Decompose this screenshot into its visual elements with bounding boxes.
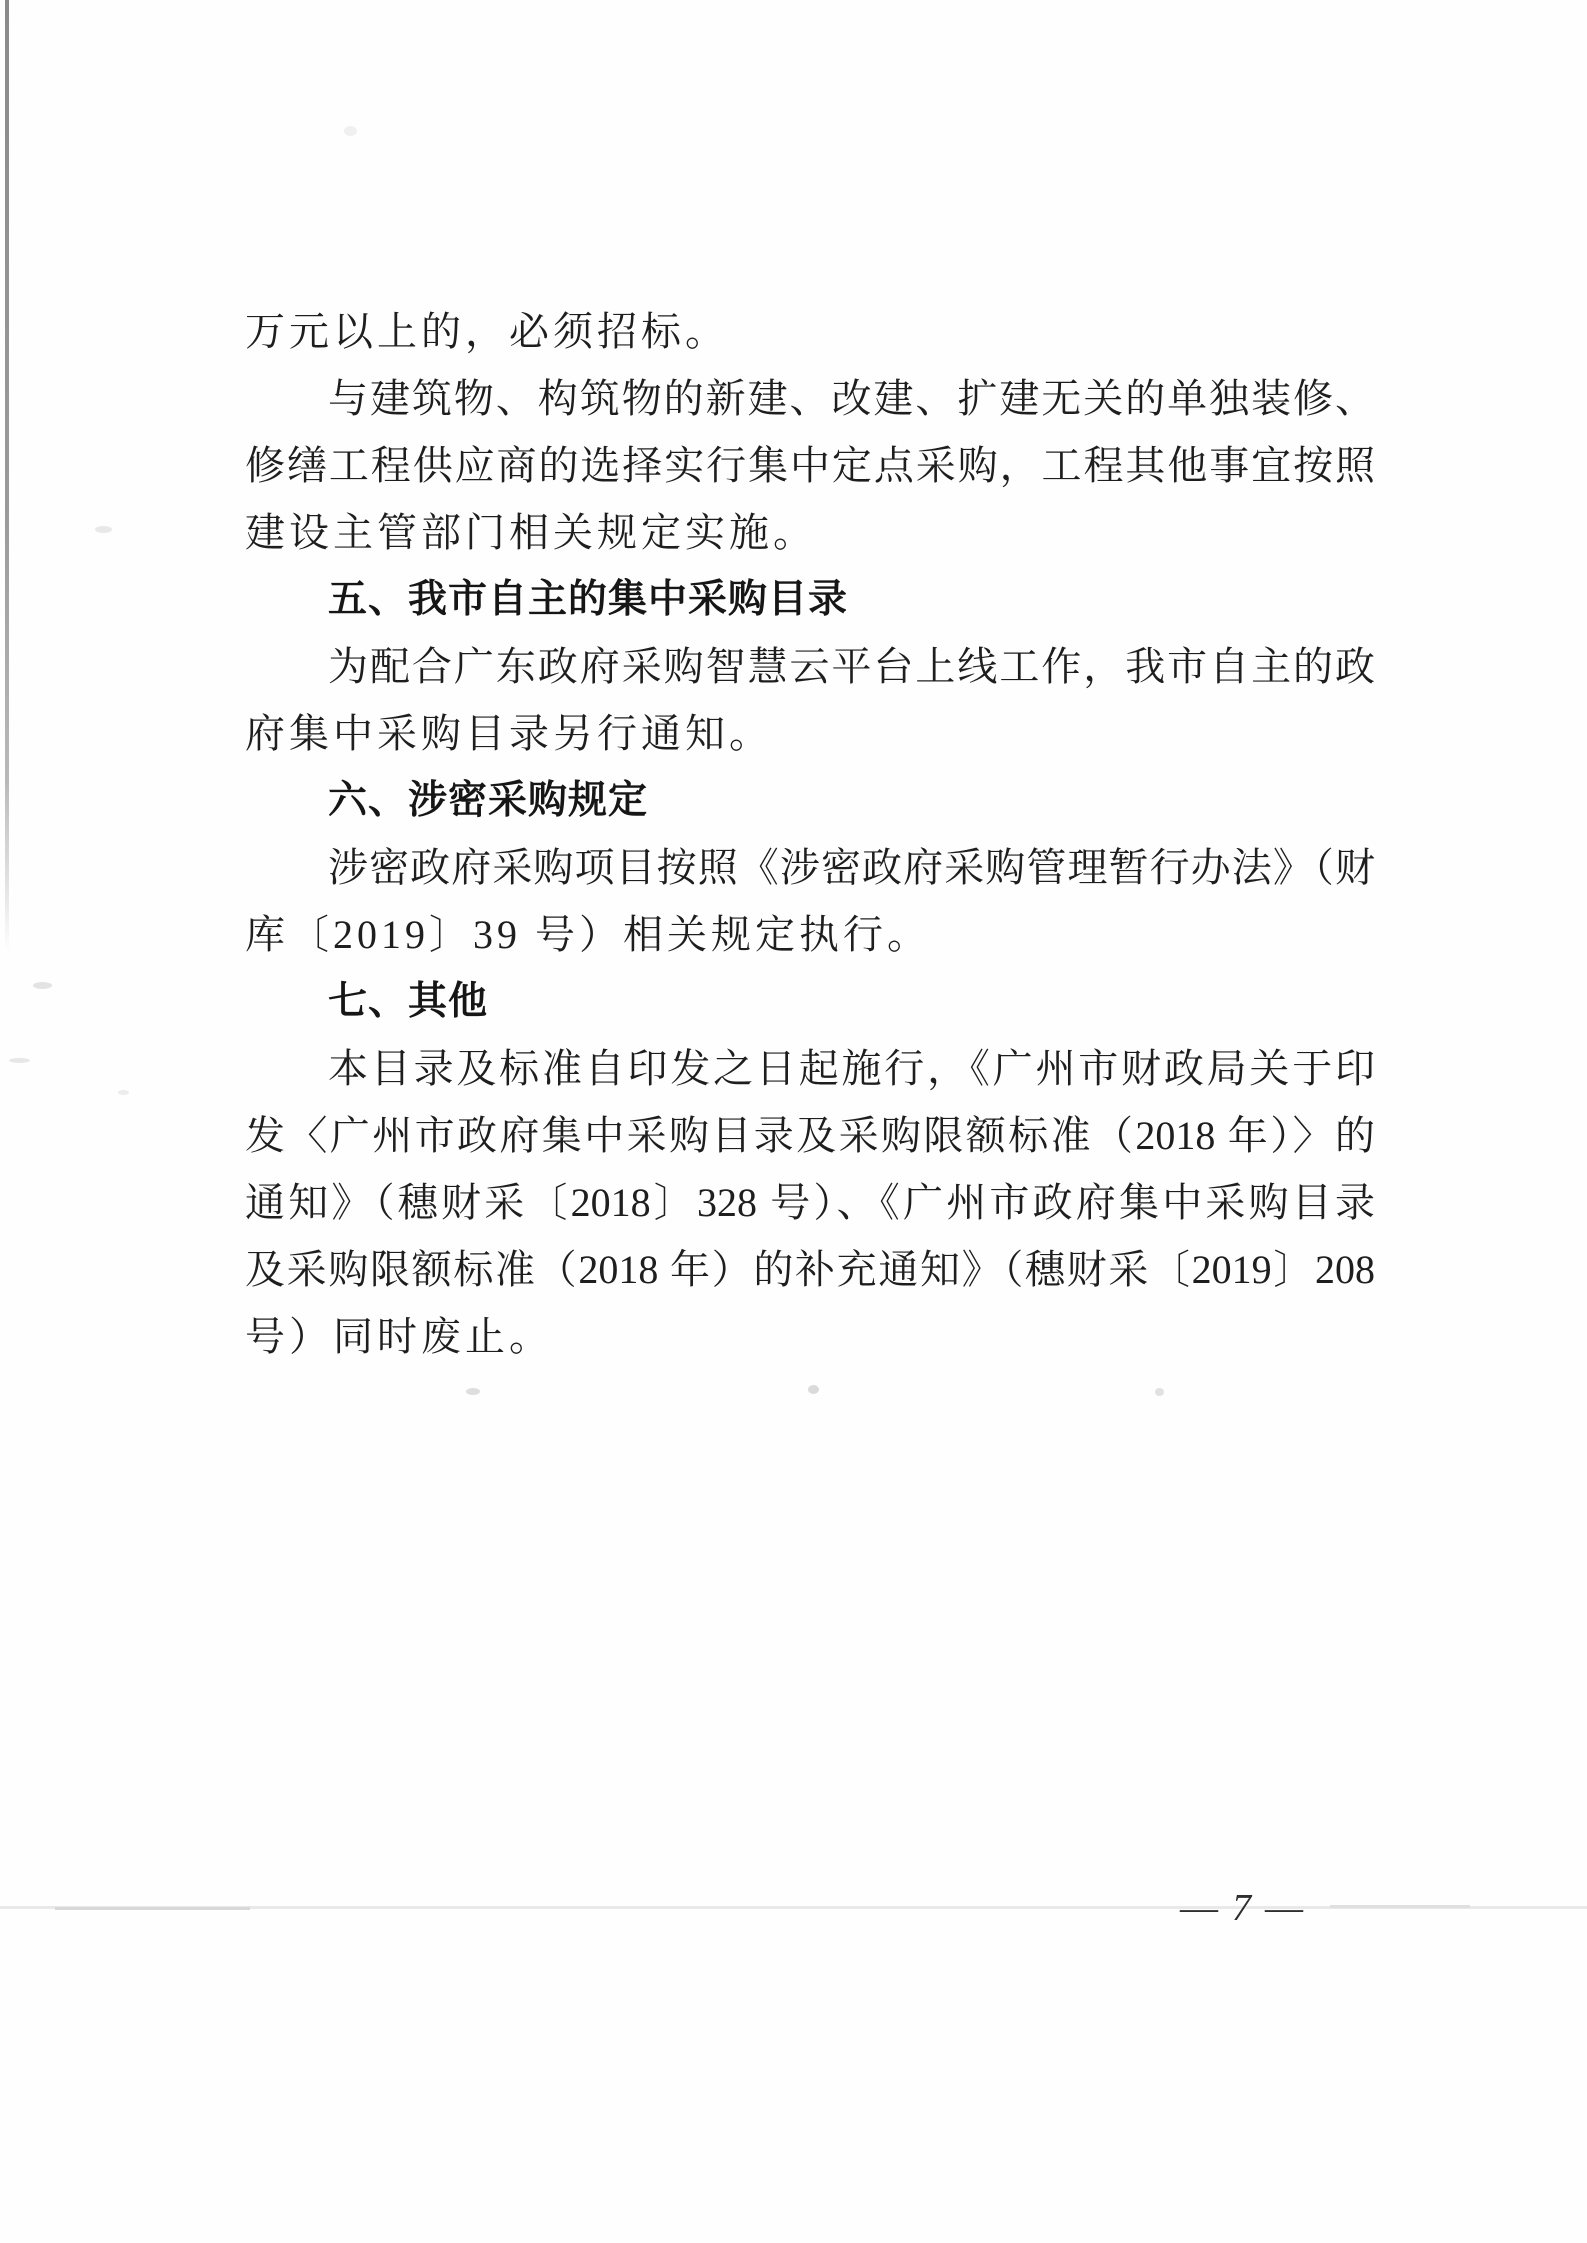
document-page: 万元以上的，必须招标。 与建筑物、构筑物的新建、改建、扩建无关的单独装修、 修缮… (0, 0, 1587, 2243)
body-line-6: 府集中采购目录另行通知。 (245, 700, 1375, 767)
section-heading-5: 五、我市自主的集中采购目录 (245, 566, 1375, 633)
section-heading-6: 六、涉密采购规定 (245, 767, 1375, 834)
body-line-7: 涉密政府采购项目按照《涉密政府采购管理暂行办法》（财 (245, 834, 1375, 901)
body-line-3: 修缮工程供应商的选择实行集中定点采购，工程其他事宜按照 (245, 432, 1375, 499)
footer-dash-right: — (1265, 1884, 1303, 1932)
scan-speck (95, 526, 112, 533)
body-line-9: 本目录及标准自印发之日起施行，《广州市财政局关于印 (245, 1035, 1375, 1102)
scan-fold-line-segment (55, 1907, 250, 1910)
scan-speck (808, 1385, 819, 1394)
body-line-8: 库〔2019〕39 号）相关规定执行。 (245, 901, 1375, 968)
scan-speck (1155, 1388, 1164, 1396)
body-line-2: 与建筑物、构筑物的新建、改建、扩建无关的单独装修、 (245, 365, 1375, 432)
body-line-1: 万元以上的，必须招标。 (245, 298, 1375, 365)
document-body: 万元以上的，必须招标。 与建筑物、构筑物的新建、改建、扩建无关的单独装修、 修缮… (245, 298, 1375, 1370)
scan-edge-artifact (5, 0, 9, 952)
page-number: 7 (1232, 1884, 1251, 1932)
scan-speck (9, 1058, 30, 1063)
scan-speck (118, 1090, 129, 1095)
scan-fold-line-segment (1330, 1905, 1470, 1908)
scan-speck (344, 126, 357, 136)
body-line-12: 及采购限额标准（2018 年）的补充通知》（穗财采〔2019〕208 (245, 1236, 1375, 1303)
body-line-5: 为配合广东政府采购智慧云平台上线工作，我市自主的政 (245, 633, 1375, 700)
scan-speck (33, 982, 52, 989)
body-line-4: 建设主管部门相关规定实施。 (245, 499, 1375, 566)
scan-fold-line (0, 1906, 1587, 1909)
body-line-11: 通知》（穗财采〔2018〕328 号）、《广州市政府集中采购目录 (245, 1169, 1375, 1236)
body-line-13: 号）同时废止。 (245, 1303, 1375, 1370)
page-footer: —7— (1180, 1884, 1303, 1932)
section-heading-7: 七、其他 (245, 968, 1375, 1035)
scan-speck (466, 1388, 480, 1395)
body-line-10: 发〈广州市政府集中采购目录及采购限额标准（2018 年）〉的 (245, 1102, 1375, 1169)
footer-dash-left: — (1180, 1884, 1218, 1932)
